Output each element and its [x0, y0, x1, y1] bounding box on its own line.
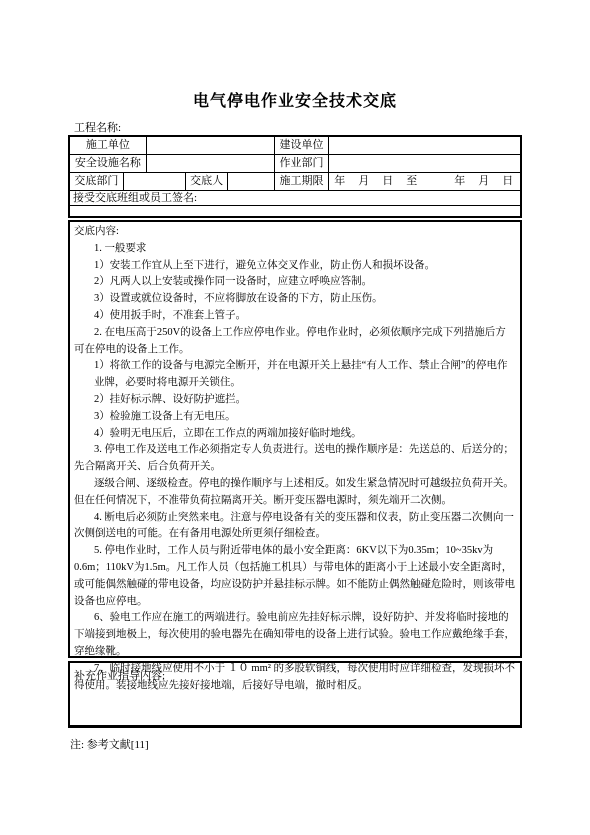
work-department-value-cell — [328, 155, 521, 173]
construction-period-label: 施工期限 — [275, 173, 328, 191]
content-paragraph: 3）设置或就位设备时，不应将脚放在设备的下方，防止压伤。 — [74, 291, 516, 308]
disclosure-department-label: 交底部门 — [69, 173, 123, 191]
content-paragraph: 4）使用扳手时，不准套上管子。 — [74, 308, 516, 325]
content-paragraph: 4. 断电后必须防止突然来电。注意与停电设备有关的变压器和仪表，防止变压器二次侧… — [74, 510, 516, 544]
signature-label-row: 接受交底班组或员工签名: — [69, 191, 521, 206]
safety-facility-value-cell — [146, 155, 275, 173]
content-paragraph: 2）挂好标示牌、设好防护遮拦。 — [74, 392, 516, 409]
disclosure-content-box: 交底内容: 1. 一般要求 1）安装工作宜从上至下进行，避免立体交叉作业，防止伤… — [68, 220, 522, 658]
construction-period-dates: 年 月 日 至 年 月 日 — [328, 173, 521, 191]
project-name-label: 工程名称: — [74, 119, 121, 135]
content-paragraph: 2）凡两人以上安装或操作同一设备时，应建立呼唤应答制。 — [74, 274, 516, 291]
supplement-label: 补充作业指导内容: — [74, 667, 516, 683]
info-row-units: 施工单位 建设单位 — [69, 136, 521, 155]
disclosure-content-label: 交底内容: — [74, 224, 516, 241]
content-paragraph: 3. 停电工作及送电工作必须指定专人负责进行。送电的操作顺序是：先送总的、后送分… — [74, 442, 516, 476]
owner-unit-value-cell — [328, 136, 521, 155]
content-paragraph: 4）验明无电压后，立即在工作点的两端加接好临时地线。 — [74, 426, 516, 443]
signature-blank-row — [69, 206, 521, 218]
signature-area — [69, 206, 521, 218]
disclosure-department-value-cell — [123, 173, 185, 191]
content-paragraph: 逐级合闸、逐级检查。停电的操作顺序与上述相反。如发生紧急情况时可越级拉负荷开关。… — [74, 476, 516, 510]
signature-label: 接受交底班组或员工签名: — [69, 191, 521, 206]
safety-facility-label: 安全设施名称 — [69, 155, 146, 173]
supplement-box: 补充作业指导内容: — [68, 661, 522, 728]
info-row-disclosure: 交底部门 交底人 施工期限 年 月 日 至 年 月 日 — [69, 173, 521, 191]
discloser-label: 交底人 — [186, 173, 228, 191]
discloser-value-cell — [228, 173, 275, 191]
content-paragraph: 2. 在电压高于250V的设备上工作应停电作业。停电作业时，必须依顺序完成下列措… — [74, 325, 516, 359]
content-paragraph: 1. 一般要求 — [74, 241, 516, 258]
info-row-facility: 安全设施名称 作业部门 — [69, 155, 521, 173]
info-table: 施工单位 建设单位 安全设施名称 作业部门 交底部门 交底人 施工期限 年 月 … — [68, 135, 522, 218]
owner-unit-label: 建设单位 — [275, 136, 328, 155]
content-paragraph: 3）检验施工设备上有无电压。 — [74, 409, 516, 426]
construction-unit-value-cell — [146, 136, 275, 155]
content-paragraph: 6、验电工作应在施工的两端进行。验电前应先挂好标示牌，设好防护、并发将临时接地的… — [74, 610, 516, 660]
reference-note: 注: 参考文献[11] — [70, 736, 149, 752]
work-department-label: 作业部门 — [275, 155, 328, 173]
document-title: 电气停电作业安全技术交底 — [0, 88, 590, 111]
content-paragraph: 1）将欲工作的设备与电源完全断开，并在电源开关上悬挂“有人工作、禁止合闸”的停电… — [94, 358, 516, 392]
construction-unit-label: 施工单位 — [69, 136, 146, 155]
content-paragraph: 1）安装工作宜从上至下进行，避免立体交叉作业，防止伤人和损坏设备。 — [74, 258, 516, 275]
content-paragraph: 5. 停电作业时，工作人员与附近带电体的最小安全距离：6KV以下为0.35m；1… — [74, 543, 516, 610]
